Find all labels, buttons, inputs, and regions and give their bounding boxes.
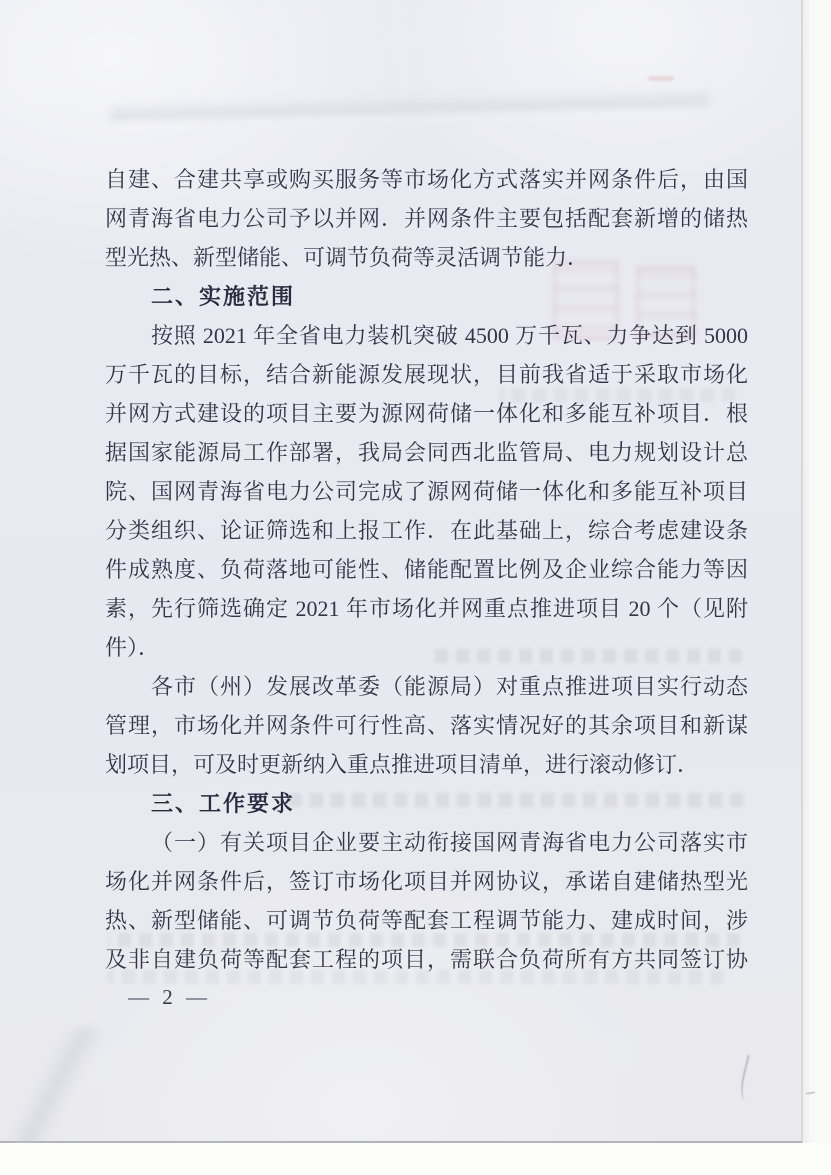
body-line: 场化并网条件后，签订市场化项目并网协议，承诺自建储热型光 [105, 862, 748, 901]
body-line: 万千瓦的目标，结合新能源发展现状，目前我省适于采取市场化 [105, 355, 748, 394]
body-line: 网青海省电力公司予以并网．并网条件主要包括配套新增的储热 [105, 199, 748, 238]
page-number: — 2 — [128, 985, 211, 1010]
scanned-paper-sheet: 自建、合建共享或购买服务等市场化方式落实并网条件后，由国 网青海省电力公司予以并… [0, 0, 803, 1143]
body-line: 热、新型储能、可调节负荷等配套工程调节能力、建成时间，涉 [105, 901, 748, 940]
scan-background-bottom [0, 1143, 831, 1175]
body-line: 分类组织、论证筛选和上报工作．在此基础上，综合考虑建设条 [105, 511, 748, 550]
body-line: 素，先行筛选确定 2021 年市场化并网重点推进项目 20 个（见附 [105, 589, 748, 628]
paper-crease [110, 89, 710, 130]
body-line: 各市（州）发展改革委（能源局）对重点推进项目实行动态 [105, 667, 748, 706]
pencil-mark [737, 1055, 764, 1104]
ink-smudge [648, 76, 674, 81]
body-line: 管理，市场化并网条件可行性高、落实情况好的其余项目和新谋 [105, 706, 748, 745]
body-line: 及非自建负荷等配套工程的项目，需联合负荷所有方共同签订协 [105, 940, 748, 979]
document-body: 自建、合建共享或购买服务等市场化方式落实并网条件后，由国 网青海省电力公司予以并… [105, 160, 748, 979]
body-line: 按照 2021 年全省电力装机突破 4500 万千瓦、力争达到 5000 [105, 316, 748, 355]
body-line: 据国家能源局工作部署，我局会同西北监管局、电力规划设计总 [105, 433, 748, 472]
body-line: 院、国网青海省电力公司完成了源网荷储一体化和多能互补项目 [105, 472, 748, 511]
body-line: （一）有关项目企业要主动衔接国网青海省电力公司落实市 [105, 823, 748, 862]
body-line: 型光热、新型储能、可调节负荷等灵活调节能力． [105, 238, 748, 277]
body-line: 件）． [105, 628, 748, 667]
body-line: 划项目，可及时更新纳入重点推进项目清单，进行滚动修订． [105, 745, 748, 784]
paper-crease [0, 1028, 130, 1148]
section-heading-implementation-scope: 二、实施范围 [105, 277, 748, 316]
scan-background-right [803, 0, 831, 1175]
section-heading-work-requirements: 三、工作要求 [105, 784, 748, 823]
body-line: 件成熟度、负荷落地可能性、储能配置比例及企业综合能力等因 [105, 550, 748, 589]
body-line: 并网方式建设的项目主要为源网荷储一体化和多能互补项目．根 [105, 394, 748, 433]
body-line: 自建、合建共享或购买服务等市场化方式落实并网条件后，由国 [105, 160, 748, 199]
